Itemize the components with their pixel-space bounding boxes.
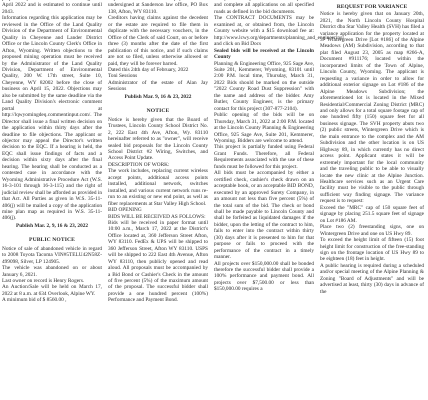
publish-dates-line: Publish Mar. 2, 9, 16 & 23, 2022 — [2, 223, 102, 229]
notice-paragraph: The CONTRACT DOCUMENTS may be examined a… — [214, 15, 314, 47]
notice-paragraph: Creditors having claims against the dece… — [108, 15, 208, 67]
notice-paragraph: Notice is hereby given that the Board of… — [108, 117, 208, 162]
notice-paragraph: A minimum bid of $ 8560.00 , — [2, 297, 102, 303]
notice-paragraph: The work includes, replacing current wir… — [108, 168, 208, 207]
notice-paragraph: Notice of sale of abandoned vehicle in r… — [2, 246, 102, 265]
column-1: proposed operation is scheduled to begin… — [2, 0, 102, 304]
notice-paragraph: This project is partially funded using F… — [214, 144, 314, 170]
column-2: required to make immediate payment to th… — [108, 0, 208, 304]
notice-paragraph: To exceed the height limit of fifteen (1… — [320, 237, 424, 263]
column-3: utility and transportation services to p… — [214, 0, 314, 293]
notice-paragraph: utility and transportation services to p… — [214, 0, 314, 15]
notice-paragraph: The vehicle was abandoned on or about Ja… — [2, 265, 102, 278]
notice-paragraph: Exceed the "MRC" cap of 150 square feet … — [320, 205, 424, 224]
column-4: NOTIFICATIONREQUEST FOR VARIANCENotice i… — [320, 0, 424, 295]
notice-paragraph: An Auction/Sale will be held on March 17… — [2, 284, 102, 297]
notice-heading: NOTICE — [108, 108, 208, 114]
notice-paragraph: Place two (2) freestanding signs, one on… — [320, 224, 424, 237]
publish-dates-line: Publish Mar. 9, 16 & 23, 2022 — [108, 94, 208, 100]
newspaper-legal-notices-page: proposed operation is scheduled to begin… — [0, 0, 428, 400]
notice-paragraph: Information regarding this application m… — [2, 15, 102, 222]
notice-paragraph: proposed operation is scheduled to begin… — [2, 0, 102, 15]
bold-paragraph: Sealed bids will be received at the Linc… — [214, 48, 314, 61]
notice-heading: PUBLIC NOTICE — [2, 237, 102, 243]
notice-heading: REQUEST FOR VARIANCE — [320, 4, 424, 12]
notice-paragraph: Administrator of the estate of Alan Jay … — [108, 80, 208, 93]
notice-paragraph: Public opening of the bids will be on Th… — [214, 112, 314, 144]
notice-paragraph: required to make immediate payment to th… — [108, 0, 208, 15]
notice-paragraph: Bids will be received in paper format un… — [108, 220, 208, 304]
notice-paragraph: All projects over $150,000.00 shall be b… — [214, 261, 314, 293]
notice-paragraph: A public hearing is required during a sc… — [320, 263, 424, 295]
notice-paragraph: Planning & Engineering Office, 925 Sage … — [214, 61, 314, 113]
notice-paragraph: BIDS WILL BE RECEIVED AS FOLLOWS: — [108, 214, 208, 220]
notice-paragraph: Notice is hereby given that on January 2… — [320, 11, 424, 205]
notice-paragraph: All bids must be accompanied by either a… — [214, 170, 314, 260]
